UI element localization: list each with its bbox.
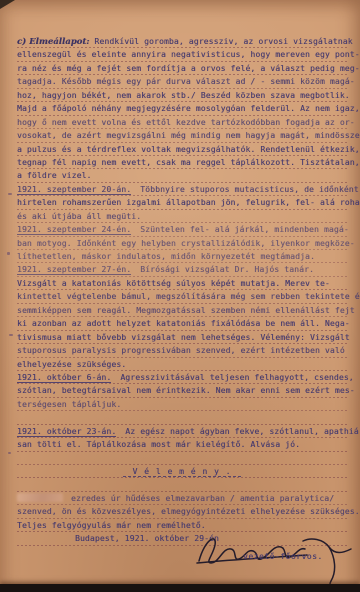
entry-date: 1921. október 23-án.: [17, 427, 116, 437]
line-text: V é l e m é n y .: [123, 467, 242, 477]
line-text: Teljes felgyógyulás már nem remélhető.: [17, 521, 206, 530]
line-text: Rendkívül goromba, agressziv, az orvosi …: [94, 37, 352, 46]
line-text: hoz, hagyjon békét, nem akarok stb./ Bes…: [17, 91, 350, 100]
line-text: a pulzus és a térdreflex voltak megvizsg…: [17, 145, 360, 154]
ink-speck: [9, 334, 13, 336]
entry-date: 1921. szeptember 20-án.: [17, 185, 131, 195]
document-line: elhelyezése szükséges.: [17, 358, 347, 371]
line-text: kintettel végtelenbe bámul, megszólításá…: [17, 292, 360, 301]
document-line: c) Elmeállapot:Rendkívül goromba, agress…: [17, 35, 347, 48]
scan-corner-shadow: [0, 0, 15, 9]
line-text: ra néz és még a fejét sem fordítja a orv…: [17, 64, 360, 73]
line-text: vosokat, de azért megvizsgálni még mindi…: [17, 131, 360, 140]
document-line: V é l e m é n y .: [17, 465, 347, 478]
line-text: ban motyog. Időnként egy helyben crystal…: [17, 239, 355, 248]
document-line: 1921. október 23-án. Az egész napot ágyb…: [17, 425, 347, 438]
line-text: ellenszegül és eleinte annyira negativis…: [17, 50, 360, 59]
line-text: tivismusa miatt bővebb vizsgálat nem leh…: [17, 333, 350, 342]
document-line: stuporosus paralysis progressivában szen…: [17, 344, 347, 357]
scan-edge: [0, 584, 360, 592]
line-text: Majd a főápoló néhány megjegyzésére moso…: [17, 104, 360, 113]
document-line: 1921. szeptember 20-án. Többnyire stupor…: [17, 183, 347, 196]
line-text: a földre vizel.: [17, 171, 92, 180]
line-text: san tölti el. Táplálkozása most már kiel…: [17, 440, 300, 449]
ruled-line: [17, 411, 347, 424]
scanned-document-page: c) Elmeállapot:Rendkívül goromba, agress…: [0, 0, 360, 592]
entry-date: 1921. október 6-án.: [17, 373, 111, 383]
document-body: c) Elmeállapot:Rendkívül goromba, agress…: [17, 35, 347, 546]
ruled-line: [17, 452, 347, 465]
line-text: Az egész napot ágyban fekve, szótlanul, …: [120, 427, 360, 436]
document-line: 1921. október 6-án. Agresszivitásával te…: [17, 371, 347, 384]
entry-date: 1921. szeptember 27-én.: [17, 265, 131, 275]
line-text: tagadja. Később mégis egy pár durva vála…: [17, 77, 355, 86]
document-line: kintettel végtelenbe bámul, megszólításá…: [17, 290, 347, 303]
document-line: ban motyog. Időnként egy helyben crystal…: [17, 237, 347, 250]
line-text: terségesen tápláljuk.: [17, 400, 121, 409]
line-text: Agresszivitásával teljesen felhagyott, c…: [115, 373, 353, 382]
redacted-region: [17, 493, 63, 502]
document-line: hoz, hagyjon békét, nem akarok stb./ Bes…: [17, 89, 347, 102]
line-text: és aki útjába áll megüti.: [17, 212, 141, 221]
document-line: a pulzus és a térdreflex voltak megvizsg…: [17, 143, 347, 156]
ink-speck: [8, 452, 11, 454]
line-text: tegnap fél napig nem evett, csak ma regg…: [17, 158, 360, 167]
document-line: hirtelen rohamszerűen izgalmi állapotban…: [17, 196, 347, 209]
line-text: semmiképpen sem reagál. Megmozgatással s…: [17, 306, 355, 315]
line-text: szótlan, betegtársaival nem érintkezik. …: [17, 386, 355, 395]
line-text: szenved, ön és közveszélyes, elmegyógyin…: [17, 507, 360, 516]
line-text: hirtelen rohamszerűen izgalmi állapotban…: [17, 198, 360, 207]
line-text: líthetetlen, máskor indulatos, midőn kör…: [17, 252, 315, 261]
ink-speck: [8, 193, 12, 195]
document-line: Vizsgált a katatoniás kötöttség súlyos k…: [17, 277, 347, 290]
line-text: elhelyezése szükséges.: [17, 360, 126, 369]
document-line: ki azonban az adott helyzet katatoniás f…: [17, 317, 347, 330]
document-line: tivismusa miatt bővebb vizsgálat nem leh…: [17, 331, 347, 344]
document-line: hogy ő nem evett volna és ettől kezdve t…: [17, 116, 347, 129]
document-line: ellenszegül és eleinte annyira negativis…: [17, 48, 347, 61]
document-line: terségesen tápláljuk.: [17, 398, 347, 411]
line-text: Szüntelen fel- alá járkál, mindenben mag…: [135, 225, 349, 234]
document-line: san tölti el. Táplálkozása most már kiel…: [17, 438, 347, 451]
document-line: semmiképpen sem reagál. Megmozgatással s…: [17, 304, 347, 317]
document-line: ra néz és még a fejét sem fordítja a orv…: [17, 62, 347, 75]
line-text: ezredes úr hűdéses elmezavarban / amenti…: [71, 494, 334, 503]
line-text: stuporosus paralysis progressivában szen…: [17, 346, 345, 355]
line-text: ki azonban az adott helyzet katatoniás f…: [17, 319, 350, 328]
document-line: tegnap fél napig nem evett, csak ma regg…: [17, 156, 347, 169]
document-line: a földre vizel.: [17, 169, 347, 182]
section-label: c) Elmeállapot:: [17, 37, 89, 47]
document-line: tagadja. Később mégis egy pár durva vála…: [17, 75, 347, 88]
document-line: Majd a főápoló néhány megjegyzésére moso…: [17, 102, 347, 115]
line-text: Bírósági vizsgálat Dr. Hajós tanár.: [135, 265, 314, 274]
line-text: hogy ő nem evett volna és ettől kezdve t…: [17, 118, 355, 127]
document-line: szótlan, betegtársaival nem érintkezik. …: [17, 384, 347, 397]
entry-date: 1921. szeptember 24-én.: [17, 225, 131, 235]
ruled-line: [17, 478, 347, 491]
document-line: ezredes úr hűdéses elmezavarban / amenti…: [17, 492, 347, 505]
document-line: 1921. szeptember 27-én. Bírósági vizsgál…: [17, 263, 347, 276]
document-line: 1921. szeptember 24-én. Szüntelen fel- a…: [17, 223, 347, 236]
document-line: líthetetlen, máskor indulatos, midőn kör…: [17, 250, 347, 263]
document-line: vosokat, de azért megvizsgálni még mindi…: [17, 129, 347, 142]
document-line: szenved, ön és közveszélyes, elmegyógyin…: [17, 505, 347, 518]
document-line: és aki útjába áll megüti.: [17, 210, 347, 223]
ink-speck: [7, 252, 10, 255]
signature-role: vezető-főorvos.: [243, 552, 323, 561]
line-text: Vizsgált a katatoniás kötöttség súlyos k…: [17, 279, 330, 288]
line-text: Többnyire stuporos mutacisticus, de időn…: [135, 185, 359, 194]
